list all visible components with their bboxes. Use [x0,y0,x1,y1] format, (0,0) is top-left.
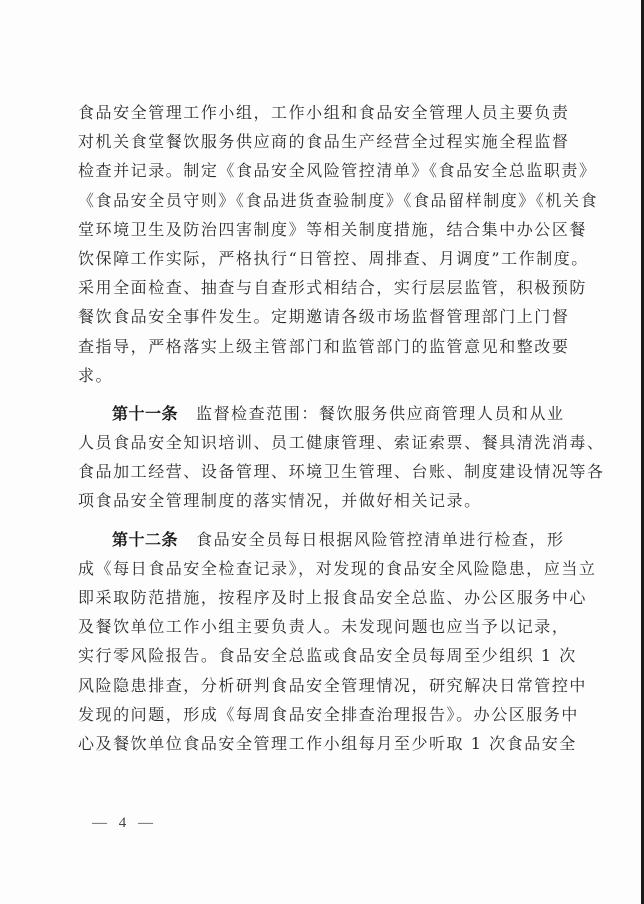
document-page: 食品安全管理工作小组，工作小组和食品安全管理人员主要负责 对机关食堂餐饮服务供应… [0,0,644,904]
document-body: 食品安全管理工作小组，工作小组和食品安全管理人员主要负责 对机关食堂餐饮服务供应… [78,98,562,758]
text-line: 对机关食堂餐饮服务供应商的食品生产经营全过程实施全程监督 [78,127,562,156]
text-line: 风险隐患排查，分析研判食品安全管理情况，研究解决日常管控中 [78,671,562,700]
text-line: 心及餐饮单位食品安全管理工作小组每月至少听取 1 次食品安全 [78,729,562,758]
text-line: 人员食品安全知识培训、员工健康管理、索证索票、餐具清洗消毒、 [78,428,562,457]
paragraph-continued: 食品安全管理工作小组，工作小组和食品安全管理人员主要负责 对机关食堂餐饮服务供应… [78,98,562,390]
text-line: 《食品安全员守则》《食品进货查验制度》《食品留样制度》《机关食 [78,186,562,215]
article-11: 第十一条监督检查范围：餐饮服务供应商管理人员和从业 人员食品安全知识培训、员工健… [78,399,562,516]
text-line: 检查并记录。制定《食品安全风险管控清单》《食品安全总监职责》 [78,156,562,185]
article-text: 食品安全员每日根据风险管控清单进行检查，形 [196,530,565,549]
page-number: — 4 — [92,815,157,832]
article-first-line: 第十二条食品安全员每日根据风险管控清单进行检查，形 [78,525,562,554]
article-first-line: 第十一条监督检查范围：餐饮服务供应商管理人员和从业 [78,399,562,428]
text-line: 求。 [78,361,562,390]
text-line: 发现的问题，形成《每周食品安全排查治理报告》。办公区服务中 [78,700,562,729]
text-line: 及餐饮单位工作小组主要负责人。未发现问题也应当予以记录， [78,612,562,641]
text-line: 查指导，严格落实上级主管部门和监管部门的监管意见和整改要 [78,332,562,361]
text-line: 项食品安全管理制度的落实情况，并做好相关记录。 [78,486,562,515]
text-line: 堂环境卫生及防治四害制度》等相关制度措施，结合集中办公区餐 [78,215,562,244]
text-line: 成《每日食品安全检查记录》，对发现的食品安全风险隐患，应当立 [78,554,562,583]
article-heading: 第十一条 [112,404,178,423]
article-text: 监督检查范围：餐饮服务供应商管理人员和从业 [196,404,565,423]
article-heading: 第十二条 [112,530,178,549]
text-line: 采用全面检查、抽查与自查形式相结合，实行层层监管，积极预防 [78,273,562,302]
text-line: 食品加工经营、设备管理、环境卫生管理、台账、制度建设情况等各 [78,457,562,486]
text-line: 实行零风险报告。食品安全总监或食品安全员每周至少组织 1 次 [78,641,562,670]
text-line: 餐饮食品安全事件发生。定期邀请各级市场监督管理部门上门督 [78,302,562,331]
text-line: 食品安全管理工作小组，工作小组和食品安全管理人员主要负责 [78,98,562,127]
article-12: 第十二条食品安全员每日根据风险管控清单进行检查，形 成《每日食品安全检查记录》，… [78,525,562,759]
text-line: 即采取防范措施，按程序及时上报食品安全总监、办公区服务中心 [78,583,562,612]
text-line: 饮保障工作实际，严格执行“日管控、周排查、月调度”工作制度。 [78,244,562,273]
